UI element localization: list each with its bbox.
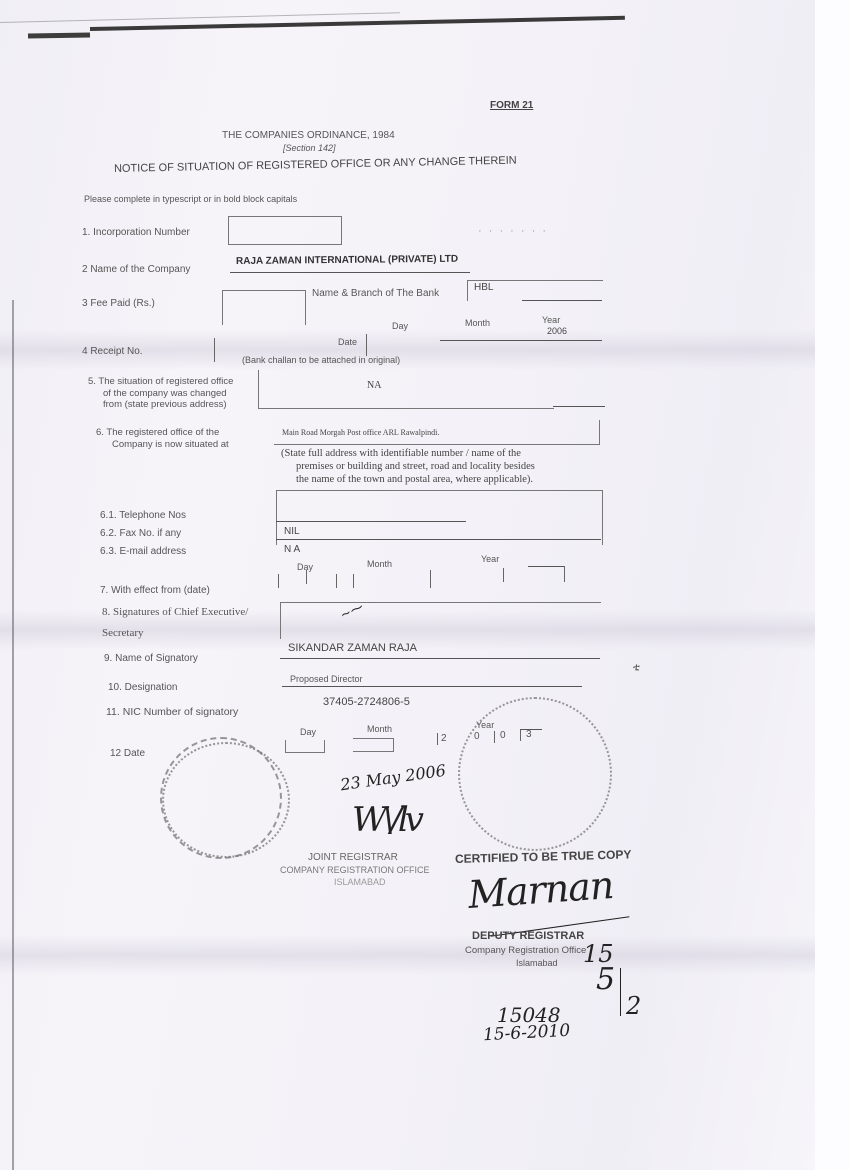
address-instructions: the name of the town and postal area, wh… — [296, 474, 533, 485]
joint-registrar-stamp: COMPANY REGISTRATION OFFICE — [280, 865, 430, 875]
email-value[interactable]: N A — [284, 544, 300, 555]
fee-paid-label: 3 Fee Paid (Rs.) — [82, 298, 155, 309]
signatory-name-label: 9. Name of Signatory — [104, 653, 198, 664]
paper-left-edge — [12, 300, 14, 1170]
instruction-text: Please complete in typescript or in bold… — [84, 194, 297, 204]
effect-date-label: 7. With effect from (date) — [100, 585, 210, 596]
top-rule — [28, 33, 90, 39]
effect-day-label: Day — [297, 562, 313, 572]
designation-label: 10. Designation — [108, 682, 178, 693]
nic-label: 11. NIC Number of signatory — [106, 706, 238, 718]
received-stamp: · · · · · · · — [478, 225, 548, 237]
designation-value[interactable]: Proposed Director — [290, 674, 363, 684]
underline — [280, 658, 600, 659]
receipt-day-label: Day — [392, 321, 408, 331]
signatory-name-value[interactable]: SIKANDAR ZAMAN RAJA — [288, 642, 417, 654]
field-divider — [366, 334, 367, 356]
year-digit: 2 — [441, 733, 447, 744]
receipt-date-label: Date — [338, 337, 357, 347]
registrar-seal-stamp — [458, 697, 612, 851]
signature-field[interactable] — [280, 602, 601, 639]
underline — [553, 406, 605, 407]
bank-label: Name & Branch of The Bank — [312, 288, 439, 299]
signature-label: 8. Signatures of Chief Executive/ — [102, 606, 248, 618]
address-instructions: (State full address with identifiable nu… — [281, 448, 521, 459]
joint-registrar-stamp: JOINT REGISTRAR — [308, 852, 398, 863]
joint-registrar-stamp: ISLAMABAD — [334, 877, 386, 887]
section-ref: [Section 142] — [283, 143, 336, 153]
underline — [276, 539, 601, 540]
deputy-registrar-stamp: Islamabad — [516, 958, 558, 968]
paper-fold-shadow — [0, 935, 815, 975]
company-name-value[interactable]: RAJA ZAMAN INTERNATIONAL (PRIVATE) LTD — [236, 254, 458, 267]
current-address-label: Company is now situated at — [112, 439, 229, 450]
handwritten-fraction: 2 — [626, 992, 641, 1020]
incorporation-number-field[interactable] — [228, 216, 342, 245]
handwritten-fraction: 5 — [596, 962, 615, 997]
margin-mark: ቲ — [633, 662, 640, 673]
previous-address-label: from (state previous address) — [103, 399, 227, 410]
deputy-registrar-stamp: DEPUTY REGISTRAR — [472, 930, 584, 942]
registrar-signature: W\/lv — [352, 800, 420, 840]
form-number: FORM 21 — [490, 100, 533, 111]
previous-address-value: NA — [367, 380, 381, 391]
incorporation-number-label: 1. Incorporation Number — [82, 227, 190, 238]
company-seal-stamp-ring — [162, 742, 290, 858]
previous-address-label: of the company was changed — [103, 388, 227, 399]
effect-year-label: Year — [481, 554, 499, 564]
underline — [276, 521, 466, 522]
current-address-value: Main Road Morgah Post office ARL Rawalpi… — [282, 428, 439, 437]
fax-label: 6.2. Fax No. if any — [100, 528, 181, 539]
effect-date-field[interactable] — [278, 574, 568, 590]
fee-paid-field[interactable] — [222, 290, 306, 325]
email-label: 6.3. E-mail address — [100, 546, 186, 557]
receipt-year-value[interactable]: 2006 — [547, 326, 567, 336]
previous-address-field[interactable] — [258, 370, 554, 409]
receipt-number-label: 4 Receipt No. — [82, 346, 143, 357]
date-month-label: Month — [367, 724, 392, 734]
bank-value: HBL — [474, 282, 493, 293]
receipt-year-label: Year — [542, 315, 560, 325]
fraction-bar — [620, 968, 621, 1016]
date-day-label: Day — [300, 727, 316, 737]
address-instructions: premises or building and street, road an… — [296, 461, 535, 472]
fax-value[interactable]: NIL — [284, 526, 300, 537]
contact-box — [276, 490, 603, 545]
challan-note: (Bank challan to be attached in original… — [242, 355, 400, 365]
date-label: 12 Date — [110, 748, 145, 759]
underline — [440, 340, 602, 341]
deputy-registrar-stamp: Company Registration Office — [465, 945, 586, 956]
underline — [230, 272, 470, 273]
signature-label: Secretary — [102, 627, 144, 639]
effect-month-label: Month — [367, 559, 392, 569]
ordinance-title: THE COMPANIES ORDINANCE, 1984 — [222, 130, 395, 141]
field-divider — [214, 338, 215, 362]
date-month-field[interactable] — [353, 738, 394, 752]
previous-address-label: 5. The situation of registered office — [88, 376, 233, 387]
receipt-month-label: Month — [465, 318, 490, 328]
company-name-label: 2 Name of the Company — [82, 264, 190, 275]
underline — [522, 300, 602, 301]
underline — [282, 686, 582, 687]
date-day-field[interactable] — [285, 740, 325, 753]
telephone-label: 6.1. Telephone Nos — [100, 510, 186, 521]
nic-value[interactable]: 37405-2724806-5 — [323, 696, 410, 708]
current-address-label: 6. The registered office of the — [96, 427, 219, 438]
